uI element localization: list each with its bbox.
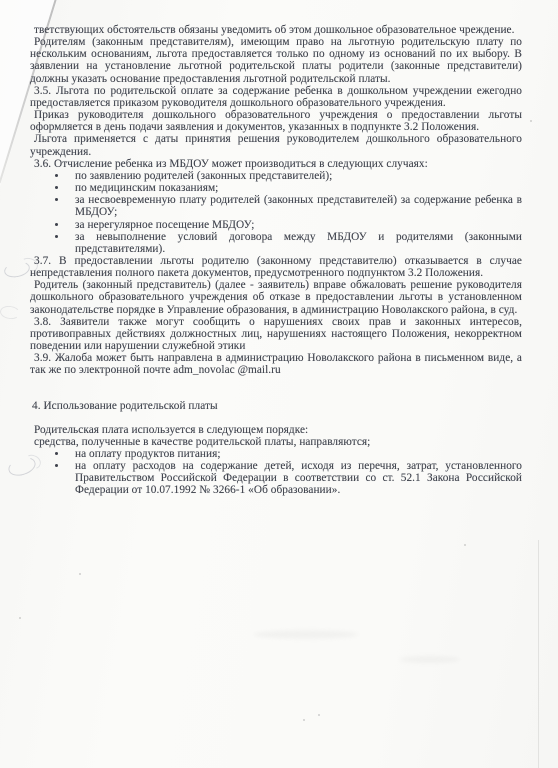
scan-speck bbox=[318, 714, 320, 716]
bullet-item: на оплату расходов на содержание детей, … bbox=[68, 460, 522, 496]
blank-gap bbox=[30, 377, 522, 400]
document-page: тветствующих обстоятельств обязаны уведо… bbox=[0, 0, 558, 768]
paragraph: Льгота применяется с даты принятия решен… bbox=[30, 133, 522, 157]
bullet-list: по заявлению родителей (законных предста… bbox=[68, 170, 522, 255]
paper-edge-line bbox=[538, 540, 539, 768]
scan-speck bbox=[464, 544, 466, 546]
pen-mark bbox=[0, 305, 21, 321]
bullet-item: на оплату продуктов питания; bbox=[68, 448, 522, 460]
section-heading: 4. Использование родительской платы bbox=[30, 400, 522, 412]
paragraph: 3.5. Льгота по родительской оплате за со… bbox=[30, 85, 522, 109]
scan-speck bbox=[19, 617, 21, 619]
paragraph: Родительская плата используется в следую… bbox=[30, 424, 522, 436]
paragraph: Родителям (законным представителям), име… bbox=[30, 36, 522, 85]
bullet-item: по медицинским показаниям; bbox=[68, 182, 522, 194]
bullet-item: за несвоевременную плату родителей (зако… bbox=[68, 194, 522, 218]
paragraph: 3.7. В предоставлении льготы родителю (з… bbox=[30, 255, 522, 279]
blank-gap bbox=[30, 412, 522, 424]
bullet-item: за невыполнение условий договора между М… bbox=[68, 231, 522, 255]
scan-smudge bbox=[400, 656, 460, 663]
scan-speck bbox=[79, 573, 81, 575]
paragraph: тветствующих обстоятельств обязаны уведо… bbox=[30, 24, 522, 36]
paragraph: 3.6. Отчисление ребенка из МБДОУ может п… bbox=[30, 158, 522, 170]
scan-smudge bbox=[253, 630, 358, 639]
scan-speck bbox=[530, 120, 532, 122]
document-text: тветствующих обстоятельств обязаны уведо… bbox=[30, 24, 522, 497]
scan-speck bbox=[303, 719, 305, 721]
bullet-item: по заявлению родителей (законных предста… bbox=[68, 170, 522, 182]
paragraph: средства, полученные в качестве родитель… bbox=[30, 436, 522, 448]
paragraph: Приказ руководителя дошкольного образова… bbox=[30, 109, 522, 133]
paragraph: 3.9. Жалоба может быть направлена в адми… bbox=[30, 352, 522, 376]
paragraph: 3.8. Заявители также могут сообщить о на… bbox=[30, 316, 522, 352]
bullet-item: за нерегулярное посещение МБДОУ; bbox=[68, 219, 522, 231]
paragraph: Родитель (законный представитель) (далее… bbox=[30, 279, 522, 315]
bullet-list: на оплату продуктов питания;на оплату ра… bbox=[68, 448, 522, 497]
